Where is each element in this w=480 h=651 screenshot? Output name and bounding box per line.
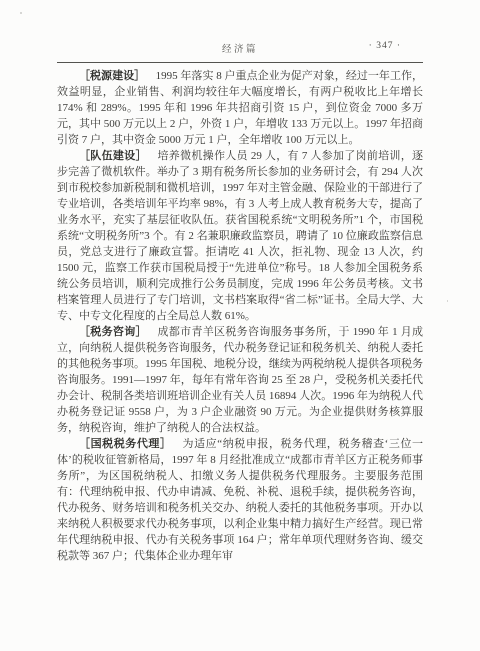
paragraph-heading: ［国税税务代理］ [79,438,172,450]
page-header: 经济篇 · 347 · [57,41,423,54]
paragraph-text: 成都市青羊区税务咨询服务事务所，于 1990 年 1 月成立，向纳税人提供税务咨… [57,326,423,434]
body-text: ［税源建设］1995 年落实 8 户重点企业为促产对象，经过一年工作，效益明显，… [57,68,423,564]
scan-noise [20,12,22,14]
paragraph-text: 为适应“纳税申报，税务代理，税务稽查‘三位一体’的税收征管新格局，1997 年 … [57,438,423,562]
paragraph-team-building: ［队伍建设］培养微机操作人员 29 人，有 7 人参加了岗前培训，逐步完善了微机… [57,148,423,324]
paragraph-tax-agency: ［国税税务代理］为适应“纳税申报，税务代理，税务稽查‘三位一体’的税收征管新格局… [57,436,423,564]
paragraph-tax-source: ［税源建设］1995 年落实 8 户重点企业为促产对象，经过一年工作，效益明显，… [57,68,423,148]
paragraph-heading: ［队伍建设］ [79,150,147,162]
scanned-page: 经济篇 · 347 · ［税源建设］1995 年落实 8 户重点企业为促产对象，… [0,0,480,651]
header-divider [57,62,423,63]
paragraph-text: 培养微机操作人员 29 人，有 7 人参加了岗前培训，逐步完善了微机软件。举办了… [57,150,423,322]
page-content: 经济篇 · 347 · ［税源建设］1995 年落实 8 户重点企业为促产对象，… [57,41,423,564]
paragraph-tax-consulting: ［税务咨询］成都市青羊区税务咨询服务事务所，于 1990 年 1 月成立，向纳税… [57,324,423,436]
paragraph-heading: ［税务咨询］ [79,326,147,338]
scan-noise [447,300,448,302]
paragraph-heading: ［税源建设］ [79,70,145,82]
page-number: · 347 · [369,41,401,51]
